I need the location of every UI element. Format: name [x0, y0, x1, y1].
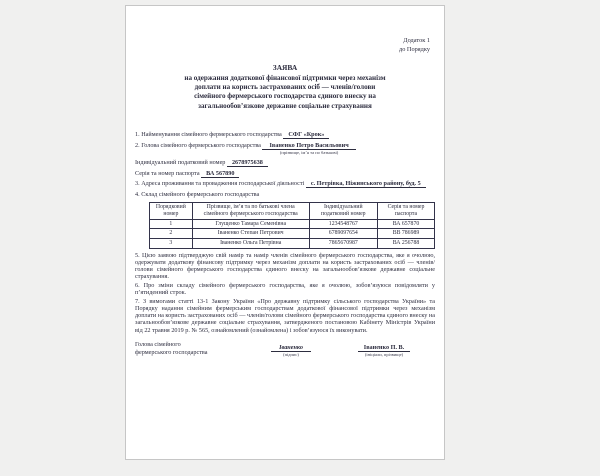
subtitle-line: на одержання додаткової фінансової підтр…: [135, 74, 435, 83]
head-name-value: Іваненко Петро Васильович: [262, 142, 355, 150]
table-row: 1 Глущенко Тамара Семенівна 1234548767 В…: [150, 219, 435, 229]
form-fields: 1. Найменування сімейного фермерського г…: [135, 131, 435, 198]
cell-taxid: 7865670987: [309, 238, 377, 248]
paragraph-5: 5. Цією заявою підтверджую свій намір та…: [135, 252, 435, 281]
signature-name: Іваненко П. В. (ініціали, прізвище): [333, 344, 435, 358]
address-label: 3. Адреса проживання та провадження госп…: [135, 180, 304, 187]
members-table-header-row: Порядковий номер Прізвище, ім’я та по ба…: [150, 203, 435, 219]
subtitle-line: сімейного фермерського господарства єдин…: [135, 92, 435, 101]
subtitle-line: доплати на користь застрахованих осіб — …: [135, 83, 435, 92]
cell-taxid: 1234548767: [309, 219, 377, 229]
table-row: 2 Іваненко Степан Петрович 6789097654 ВВ…: [150, 229, 435, 239]
field-head-name: 2. Голова сімейного фермерського господа…: [135, 142, 435, 156]
cell-fullname: Глущенко Тамара Семенівна: [192, 219, 309, 229]
annex-note: Додаток 1 до Порядку: [135, 37, 430, 54]
col-header-passport: Серія та номер паспорта: [377, 203, 434, 219]
signature-handwriting: Іваненко: [271, 344, 311, 352]
address-value: с. Петрівка, Ніжинського району, буд. 5: [306, 180, 426, 188]
document-page: Додаток 1 до Порядку ЗАЯВА на одержання …: [125, 5, 445, 460]
paragraph-6: 6. Про зміни складу сімейного фермерсько…: [135, 282, 435, 296]
farm-name-label: 1. Найменування сімейного фермерського г…: [135, 131, 282, 138]
annex-line-2: до Порядку: [135, 46, 430, 55]
col-header-number: Порядковий номер: [150, 203, 193, 219]
cell-fullname: Іваненко Ольга Петрівна: [192, 238, 309, 248]
head-name-label: 2. Голова сімейного фермерського господа…: [135, 142, 261, 149]
document-subtitle: на одержання додаткової фінансової підтр…: [135, 74, 435, 111]
cell-number: 2: [150, 229, 193, 239]
tax-number-value: 2678975638: [227, 159, 268, 167]
subtitle-line: загальнообов’язкове державне соціальне с…: [135, 102, 435, 111]
passport-label: Серія та номер паспорта: [135, 170, 200, 177]
farm-name-value: СФГ «Крок»: [283, 131, 329, 139]
signature-role-line-2: фермерського господарства: [135, 349, 249, 357]
col-header-fullname: Прізвище, ім’я та по батькові члена сіме…: [192, 203, 309, 219]
col-header-taxid: Індивідуальний податковий номер: [309, 203, 377, 219]
signature-sign: Іваненко (підпис): [249, 344, 333, 358]
document-title: ЗАЯВА: [135, 64, 435, 73]
signature-name-caption: (ініціали, прізвище): [333, 352, 435, 357]
cell-number: 3: [150, 238, 193, 248]
annex-line-1: Додаток 1: [135, 37, 430, 46]
cell-number: 1: [150, 219, 193, 229]
signature-role: Голова сімейного фермерського господарст…: [135, 341, 249, 358]
members-heading-label: 4. Склад сімейного фермерського господар…: [135, 191, 259, 198]
head-name-wrap: Іваненко Петро Васильович (прізвище, ім’…: [262, 142, 355, 156]
field-tax-number: Індивідуальний податковий номер 26789756…: [135, 159, 435, 166]
cell-passport: ВА 657870: [377, 219, 434, 229]
head-name-caption: (прізвище, ім’я та по батькові): [262, 150, 355, 155]
table-row: 3 Іваненко Ольга Петрівна 7865670987 ВА …: [150, 238, 435, 248]
field-address: 3. Адреса проживання та провадження госп…: [135, 180, 435, 187]
cell-passport: ВВ 786989: [377, 229, 434, 239]
field-members-heading: 4. Склад сімейного фермерського господар…: [135, 191, 435, 198]
paragraph-7: 7. З вимогами статті 13-1 Закону України…: [135, 298, 435, 334]
field-farm-name: 1. Найменування сімейного фермерського г…: [135, 131, 435, 138]
signature-block: Голова сімейного фермерського господарст…: [135, 341, 435, 358]
members-table: Порядковий номер Прізвище, ім’я та по ба…: [149, 202, 435, 248]
cell-passport: ВА 256788: [377, 238, 434, 248]
passport-value: ВА 567890: [201, 170, 239, 178]
tax-number-label: Індивідуальний податковий номер: [135, 159, 225, 166]
cell-fullname: Іваненко Степан Петрович: [192, 229, 309, 239]
field-passport: Серія та номер паспорта ВА 567890: [135, 170, 435, 177]
signature-role-line-1: Голова сімейного: [135, 341, 249, 349]
signature-sign-caption: (підпис): [249, 352, 333, 357]
cell-taxid: 6789097654: [309, 229, 377, 239]
signature-name-value: Іваненко П. В.: [358, 344, 410, 352]
